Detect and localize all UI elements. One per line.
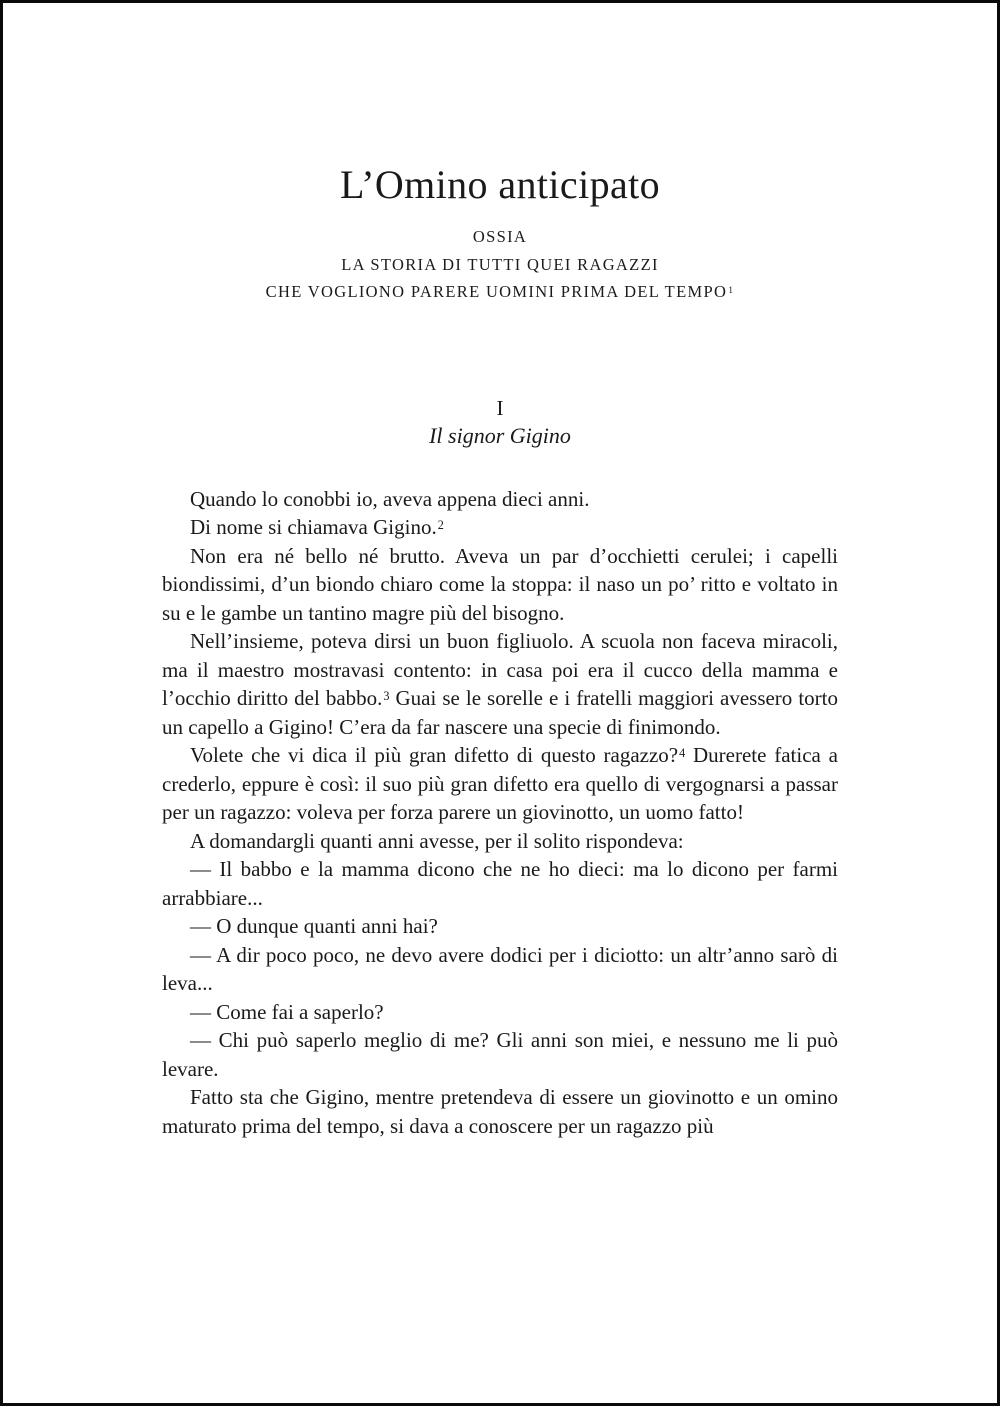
book-page: L’Omino anticipato OSSIALA STORIA DI TUT… bbox=[0, 0, 1000, 1406]
footnote-marker: 3 bbox=[383, 689, 389, 703]
footnote-marker: 4 bbox=[679, 746, 685, 760]
paragraph: — Come fai a saperlo? bbox=[162, 998, 838, 1027]
paragraph: Nell’insieme, poteva dirsi un buon figli… bbox=[162, 627, 838, 741]
paragraph: Volete che vi dica il più gran difetto d… bbox=[162, 741, 838, 827]
paragraph: Quando lo conobbi io, aveva appena dieci… bbox=[162, 485, 838, 514]
subtitle-line: OSSIA bbox=[3, 223, 997, 251]
footnote-marker: 2 bbox=[438, 518, 444, 532]
chapter-title: Il signor Gigino bbox=[3, 421, 997, 451]
paragraph: — A dir poco poco, ne devo avere dodici … bbox=[162, 941, 838, 998]
chapter-number: I bbox=[3, 396, 997, 420]
body-paragraphs: Quando lo conobbi io, aveva appena dieci… bbox=[162, 485, 838, 1141]
footnote-marker: 1 bbox=[728, 285, 734, 296]
paragraph: — Chi può saperlo meglio di me? Gli anni… bbox=[162, 1026, 838, 1083]
subtitle-line: CHE VOGLIONO PARERE UOMINI PRIMA DEL TEM… bbox=[3, 278, 997, 306]
page-title: L’Omino anticipato bbox=[3, 163, 997, 207]
paragraph: — O dunque quanti anni hai? bbox=[162, 912, 838, 941]
paragraph: — Il babbo e la mamma dicono che ne ho d… bbox=[162, 855, 838, 912]
paragraph: Fatto sta che Gigino, mentre pretendeva … bbox=[162, 1083, 838, 1140]
subtitle-line: LA STORIA DI TUTTI QUEI RAGAZZI bbox=[3, 251, 997, 279]
paragraph: Non era né bello né brutto. Aveva un par… bbox=[162, 542, 838, 628]
paragraph: Di nome si chiamava Gigino.2 bbox=[162, 513, 838, 542]
paragraph: A domandargli quanti anni avesse, per il… bbox=[162, 827, 838, 856]
subtitle-block: OSSIALA STORIA DI TUTTI QUEI RAGAZZICHE … bbox=[3, 223, 997, 306]
